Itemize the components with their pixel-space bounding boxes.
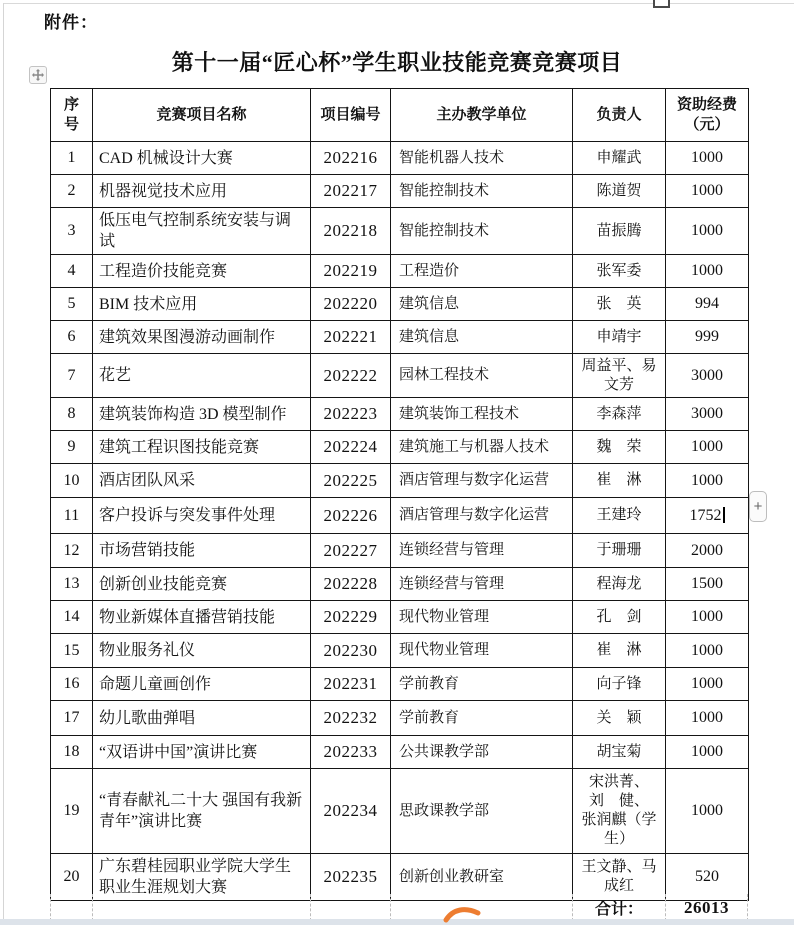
cell-fund[interactable]: 1000 <box>666 601 749 634</box>
cell-name[interactable]: 市场营销技能 <box>93 534 311 568</box>
cell-code[interactable]: 202230 <box>311 634 391 668</box>
table-row: 12市场营销技能202227连锁经营与管理于珊珊2000 <box>51 534 749 568</box>
cell-seq[interactable]: 19 <box>51 769 93 854</box>
attachment-label[interactable]: 附件： <box>44 8 98 33</box>
total-label: 合计： <box>595 896 643 919</box>
cell-person[interactable]: 胡宝菊 <box>573 736 666 769</box>
cell-seq[interactable]: 6 <box>51 321 93 354</box>
cell-fund[interactable]: 1000 <box>666 208 749 255</box>
cell-code[interactable]: 202216 <box>311 142 391 175</box>
cell-fund[interactable]: 1000 <box>666 634 749 668</box>
cell-fund[interactable]: 1000 <box>666 668 749 701</box>
cell-unit[interactable]: 酒店管理与数字化运营 <box>391 464 573 498</box>
fund-value: 1752 <box>690 507 722 524</box>
cell-name[interactable]: 命题儿童画创作 <box>93 668 311 701</box>
page-edge-left <box>3 3 4 925</box>
cell-fund[interactable]: 2000 <box>666 534 749 568</box>
cell-seq[interactable]: 17 <box>51 701 93 736</box>
table-row: 15物业服务礼仪202230现代物业管理崔 淋1000 <box>51 634 749 668</box>
cell-name[interactable]: 建筑装饰构造 3D 模型制作 <box>93 398 311 431</box>
cell-unit[interactable]: 连锁经营与管理 <box>391 568 573 601</box>
table-row: 10酒店团队风采202225酒店管理与数字化运营崔 淋1000 <box>51 464 749 498</box>
cell-name[interactable]: BIM 技术应用 <box>93 288 311 321</box>
cell-unit[interactable]: 公共课教学部 <box>391 736 573 769</box>
total-cell-label[interactable]: 合计： <box>572 894 665 921</box>
clipped-ui-icon <box>653 0 670 8</box>
cell-person[interactable]: 崔 淋 <box>573 634 666 668</box>
cell-unit[interactable]: 连锁经营与管理 <box>391 534 573 568</box>
table-move-handle[interactable] <box>29 66 47 84</box>
table-row: 16命题儿童画创作202231学前教育向子锋1000 <box>51 668 749 701</box>
table-row: 1CAD 机械设计大赛202216智能机器人技术申耀武1000 <box>51 142 749 175</box>
cell-code[interactable]: 202232 <box>311 701 391 736</box>
cell-name[interactable]: 低压电气控制系统安装与调试 <box>93 208 311 255</box>
cell-name[interactable]: 物业新媒体直播营销技能 <box>93 601 311 634</box>
table-row: 5BIM 技术应用202220建筑信息张 英994 <box>51 288 749 321</box>
cell-seq[interactable]: 14 <box>51 601 93 634</box>
cell-name[interactable]: 工程造价技能竞赛 <box>93 255 311 288</box>
header-fund[interactable]: 资助经费（元） <box>666 89 749 142</box>
cell-person[interactable]: 宋洪菁、 刘 健、 张润麒（学生） <box>573 769 666 854</box>
total-cell-unit[interactable] <box>390 894 572 921</box>
cell-fund[interactable]: 1500 <box>666 568 749 601</box>
table-body: 1CAD 机械设计大赛202216智能机器人技术申耀武10002机器视觉技术应用… <box>51 142 749 901</box>
cell-fund[interactable]: 1000 <box>666 255 749 288</box>
table-row: 18“双语讲中国”演讲比赛202233公共课教学部胡宝菊1000 <box>51 736 749 769</box>
cell-code[interactable]: 202229 <box>311 601 391 634</box>
cell-seq[interactable]: 12 <box>51 534 93 568</box>
cell-seq[interactable]: 11 <box>51 498 93 534</box>
cell-fund[interactable]: 1000 <box>666 701 749 736</box>
competition-table: 序号 竞赛项目名称 项目编号 主办教学单位 负责人 资助经费（元） 1CAD 机… <box>50 88 749 901</box>
cell-code[interactable]: 202217 <box>311 175 391 208</box>
cell-code[interactable]: 202218 <box>311 208 391 255</box>
cell-seq[interactable]: 2 <box>51 175 93 208</box>
cell-name[interactable]: 创新创业技能竞赛 <box>93 568 311 601</box>
cell-code[interactable]: 202219 <box>311 255 391 288</box>
cell-person[interactable]: 申靖宇 <box>573 321 666 354</box>
table-row: 4工程造价技能竞赛202219工程造价张军委1000 <box>51 255 749 288</box>
move-icon <box>32 69 44 81</box>
cell-name[interactable]: 机器视觉技术应用 <box>93 175 311 208</box>
cell-code[interactable]: 202223 <box>311 398 391 431</box>
table-row: 9建筑工程识图技能竞赛202224建筑施工与机器人技术魏 荣1000 <box>51 431 749 464</box>
cell-code[interactable]: 202226 <box>311 498 391 534</box>
total-cell-code[interactable] <box>310 894 390 921</box>
header-code[interactable]: 项目编号 <box>311 89 391 142</box>
cell-seq[interactable]: 15 <box>51 634 93 668</box>
header-name[interactable]: 竞赛项目名称 <box>93 89 311 142</box>
cell-person[interactable]: 程海龙 <box>573 568 666 601</box>
cell-name[interactable]: 建筑工程识图技能竞赛 <box>93 431 311 464</box>
bottom-band <box>0 919 794 925</box>
cell-person[interactable]: 周益平、易文芳 <box>573 354 666 398</box>
cell-person[interactable]: 孔 剑 <box>573 601 666 634</box>
cell-name[interactable]: 物业服务礼仪 <box>93 634 311 668</box>
cell-name[interactable]: 建筑效果图漫游动画制作 <box>93 321 311 354</box>
orange-stroke-artifact <box>443 905 481 925</box>
cell-person[interactable]: 李森萍 <box>573 398 666 431</box>
text-caret <box>723 507 725 523</box>
cell-unit[interactable]: 学前教育 <box>391 701 573 736</box>
cell-unit[interactable]: 工程造价 <box>391 255 573 288</box>
table-row: 13创新创业技能竞赛202228连锁经营与管理程海龙1500 <box>51 568 749 601</box>
cell-code[interactable]: 202221 <box>311 321 391 354</box>
cell-seq[interactable]: 13 <box>51 568 93 601</box>
cell-name[interactable]: CAD 机械设计大赛 <box>93 142 311 175</box>
table-row: 14物业新媒体直播营销技能202229现代物业管理孔 剑1000 <box>51 601 749 634</box>
total-cell-name[interactable] <box>92 894 310 921</box>
cell-person[interactable]: 陈道贺 <box>573 175 666 208</box>
total-value: 26013 <box>684 898 729 918</box>
cell-fund[interactable]: 3000 <box>666 398 749 431</box>
cell-seq[interactable]: 3 <box>51 208 93 255</box>
table-row: 7花艺202222园林工程技术周益平、易文芳3000 <box>51 354 749 398</box>
cell-fund[interactable]: 1000 <box>666 175 749 208</box>
insert-row-button[interactable]: + <box>749 491 767 522</box>
cell-unit[interactable]: 思政课教学部 <box>391 769 573 854</box>
cell-unit[interactable]: 现代物业管理 <box>391 634 573 668</box>
cell-person[interactable]: 王建玲 <box>573 498 666 534</box>
cell-unit[interactable]: 园林工程技术 <box>391 354 573 398</box>
cell-name[interactable]: 花艺 <box>93 354 311 398</box>
cell-code[interactable]: 202231 <box>311 668 391 701</box>
table-row: 8建筑装饰构造 3D 模型制作202223建筑装饰工程技术李森萍3000 <box>51 398 749 431</box>
cell-code[interactable]: 202228 <box>311 568 391 601</box>
cell-fund[interactable]: 994 <box>666 288 749 321</box>
total-cell-value[interactable]: 26013 <box>665 894 748 921</box>
cell-unit[interactable]: 建筑装饰工程技术 <box>391 398 573 431</box>
cell-unit[interactable]: 学前教育 <box>391 668 573 701</box>
cell-unit[interactable]: 酒店管理与数字化运营 <box>391 498 573 534</box>
cell-name[interactable]: “青春献礼二十大 强国有我新青年”演讲比赛 <box>93 769 311 854</box>
header-person[interactable]: 负责人 <box>573 89 666 142</box>
table-row: 3低压电气控制系统安装与调试202218智能控制技术苗振腾1000 <box>51 208 749 255</box>
document-page: 附件： 第十一届“匠心杯”学生职业技能竞赛竞赛项目 序号 竞赛项目名称 项目编号… <box>0 0 794 925</box>
cell-person[interactable]: 张军委 <box>573 255 666 288</box>
cell-name[interactable]: 幼儿歌曲弹唱 <box>93 701 311 736</box>
cell-person[interactable]: 崔 淋 <box>573 464 666 498</box>
cell-code[interactable]: 202220 <box>311 288 391 321</box>
cell-fund[interactable]: 999 <box>666 321 749 354</box>
cell-fund[interactable]: 3000 <box>666 354 749 398</box>
cell-seq[interactable]: 18 <box>51 736 93 769</box>
table-row: 19“青春献礼二十大 强国有我新青年”演讲比赛202234思政课教学部宋洪菁、 … <box>51 769 749 854</box>
cell-seq[interactable]: 8 <box>51 398 93 431</box>
cell-unit[interactable]: 建筑施工与机器人技术 <box>391 431 573 464</box>
cell-unit[interactable]: 智能机器人技术 <box>391 142 573 175</box>
cell-person[interactable]: 于珊珊 <box>573 534 666 568</box>
cell-fund[interactable]: 1000 <box>666 142 749 175</box>
table-row: 2机器视觉技术应用202217智能控制技术陈道贺1000 <box>51 175 749 208</box>
cell-seq[interactable]: 10 <box>51 464 93 498</box>
header-unit[interactable]: 主办教学单位 <box>391 89 573 142</box>
cell-person[interactable]: 申耀武 <box>573 142 666 175</box>
cell-person[interactable]: 向子锋 <box>573 668 666 701</box>
cell-fund[interactable]: 1000 <box>666 736 749 769</box>
cell-unit[interactable]: 现代物业管理 <box>391 601 573 634</box>
cell-fund[interactable]: 1000 <box>666 769 749 854</box>
cell-unit[interactable]: 建筑信息 <box>391 321 573 354</box>
table-row: 17幼儿歌曲弹唱202232学前教育关 颖1000 <box>51 701 749 736</box>
cell-code[interactable]: 202222 <box>311 354 391 398</box>
cell-seq[interactable]: 1 <box>51 142 93 175</box>
cell-code[interactable]: 202224 <box>311 431 391 464</box>
cell-code[interactable]: 202233 <box>311 736 391 769</box>
cell-name[interactable]: “双语讲中国”演讲比赛 <box>93 736 311 769</box>
cell-fund[interactable]: 1000 <box>666 431 749 464</box>
header-row: 序号 竞赛项目名称 项目编号 主办教学单位 负责人 资助经费（元） <box>51 89 749 142</box>
page-title[interactable]: 第十一届“匠心杯”学生职业技能竞赛竞赛项目 <box>0 46 794 77</box>
cell-seq[interactable]: 7 <box>51 354 93 398</box>
cell-person[interactable]: 张 英 <box>573 288 666 321</box>
cell-code[interactable]: 202234 <box>311 769 391 854</box>
cell-seq[interactable]: 16 <box>51 668 93 701</box>
cell-fund[interactable]: 1000 <box>666 464 749 498</box>
cell-seq[interactable]: 5 <box>51 288 93 321</box>
cell-unit[interactable]: 智能控制技术 <box>391 175 573 208</box>
cell-person[interactable]: 关 颖 <box>573 701 666 736</box>
table-row: 11客户投诉与突发事件处理202226酒店管理与数字化运营王建玲1752 <box>51 498 749 534</box>
cell-fund[interactable]: 1752 <box>666 498 749 534</box>
cell-code[interactable]: 202227 <box>311 534 391 568</box>
cell-seq[interactable]: 9 <box>51 431 93 464</box>
cell-seq[interactable]: 4 <box>51 255 93 288</box>
cell-person[interactable]: 魏 荣 <box>573 431 666 464</box>
cell-unit[interactable]: 建筑信息 <box>391 288 573 321</box>
total-cell-seq[interactable] <box>50 894 92 921</box>
table-row: 6建筑效果图漫游动画制作202221建筑信息申靖宇999 <box>51 321 749 354</box>
header-seq[interactable]: 序号 <box>51 89 93 142</box>
cell-name[interactable]: 酒店团队风采 <box>93 464 311 498</box>
page-edge-top <box>3 3 794 4</box>
cell-person[interactable]: 苗振腾 <box>573 208 666 255</box>
total-row: 合计： 26013 <box>50 894 748 921</box>
cell-name[interactable]: 客户投诉与突发事件处理 <box>93 498 311 534</box>
cell-unit[interactable]: 智能控制技术 <box>391 208 573 255</box>
cell-code[interactable]: 202225 <box>311 464 391 498</box>
